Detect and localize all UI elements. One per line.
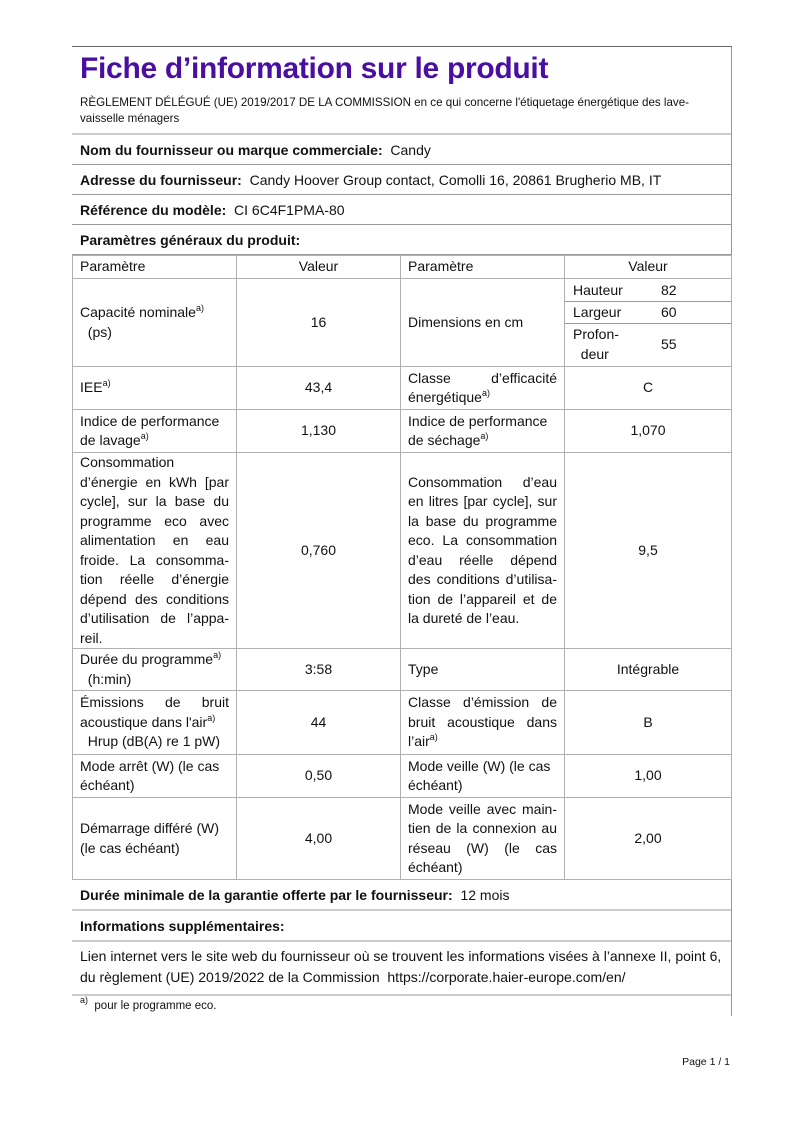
height-label: Hauteur bbox=[565, 280, 653, 302]
dimensions-label: Dimensions en cm bbox=[401, 279, 565, 367]
model-label: Référence du modèle: bbox=[80, 202, 226, 218]
model-value: CI 6C4F1PMA-80 bbox=[234, 202, 344, 218]
width-label: Largeur bbox=[565, 302, 653, 324]
iee-label: IEEa) bbox=[73, 367, 237, 410]
table-row: IEEa) 43,4 Classe d’efficacité énergétiq… bbox=[73, 367, 732, 410]
duration-value: 3:58 bbox=[237, 649, 401, 691]
regulation-text: RÈGLEMENT DÉLÉGUÉ (UE) 2019/2017 DE LA C… bbox=[72, 91, 731, 135]
energy-consumption-label: Consommation d’énergie en kWh [par cycle… bbox=[73, 453, 237, 649]
warranty-row: Durée minimale de la garantie offerte pa… bbox=[72, 880, 731, 911]
networked-standby-value: 2,00 bbox=[565, 798, 732, 880]
dimensions-values: Hauteur82 Largeur60 Profon- deur55 bbox=[565, 279, 732, 367]
width-value: 60 bbox=[653, 302, 731, 324]
capacity-value: 16 bbox=[237, 279, 401, 367]
off-mode-value: 0,50 bbox=[237, 755, 401, 798]
header-parameter: Paramètre bbox=[73, 256, 237, 279]
general-params-row: Paramètres généraux du produit: bbox=[72, 225, 731, 255]
supplier-label: Nom du fournisseur ou marque commerciale… bbox=[80, 142, 383, 158]
iee-value: 43,4 bbox=[237, 367, 401, 410]
height-value: 82 bbox=[653, 280, 731, 302]
type-label: Type bbox=[401, 649, 565, 691]
page-number: Page 1 / 1 bbox=[682, 1056, 730, 1068]
header-parameter-2: Paramètre bbox=[401, 256, 565, 279]
depth-value: 55 bbox=[653, 324, 731, 366]
off-mode-label: Mode arrêt (W) (le cas échéant) bbox=[73, 755, 237, 798]
wash-index-label: Indice de performance de lavagea) bbox=[73, 410, 237, 453]
dry-index-label: Indice de performance de séchagea) bbox=[401, 410, 565, 453]
noise-class-label: Classe d’émission de bruit acoustique da… bbox=[401, 691, 565, 755]
additional-info-label: Informations supplémentaires: bbox=[80, 918, 285, 934]
supplier-row: Nom du fournisseur ou marque commerciale… bbox=[72, 135, 731, 165]
supplier-value: Candy bbox=[390, 142, 430, 158]
type-value: Intégrable bbox=[565, 649, 732, 691]
table-row: Mode arrêt (W) (le cas échéant) 0,50 Mod… bbox=[73, 755, 732, 798]
water-consumption-value: 9,5 bbox=[565, 453, 732, 649]
dry-index-value: 1,070 bbox=[565, 410, 732, 453]
header-value: Valeur bbox=[237, 256, 401, 279]
page-title: Fiche d’information sur le produit bbox=[72, 47, 731, 91]
noise-value: 44 bbox=[237, 691, 401, 755]
header-value-2: Valeur bbox=[565, 256, 732, 279]
table-row: Émissions de bruit acoustique dans l'air… bbox=[73, 691, 732, 755]
noise-class-value: B bbox=[565, 691, 732, 755]
table-row: Durée du programmea) (h:min) 3:58 Type I… bbox=[73, 649, 732, 691]
noise-label: Émissions de bruit acoustique dans l'air… bbox=[73, 691, 237, 755]
warranty-label: Durée minimale de la garantie offerte pa… bbox=[80, 887, 453, 903]
additional-info-text: Lien internet vers le site web du fourni… bbox=[72, 942, 731, 996]
delay-start-label: Démarrage différé (W) (le cas échéant) bbox=[73, 798, 237, 880]
address-label: Adresse du fournisseur: bbox=[80, 172, 242, 188]
footnote-text: pour le programme eco. bbox=[94, 1000, 216, 1012]
delay-start-value: 4,00 bbox=[237, 798, 401, 880]
duration-label: Durée du programmea) (h:min) bbox=[73, 649, 237, 691]
depth-label: Profon- deur bbox=[565, 324, 653, 366]
networked-standby-label: Mode veille avec main-tien de la connexi… bbox=[401, 798, 565, 880]
standby-value: 1,00 bbox=[565, 755, 732, 798]
table-row: Consommation d’énergie en kWh [par cycle… bbox=[73, 453, 732, 649]
table-header: Paramètre Valeur Paramètre Valeur bbox=[73, 256, 732, 279]
table-row: Indice de performance de lavagea) 1,130 … bbox=[73, 410, 732, 453]
table-row: Démarrage différé (W) (le cas échéant) 4… bbox=[73, 798, 732, 880]
footnote-mark: a) bbox=[80, 995, 88, 1005]
additional-info-row: Informations supplémentaires: bbox=[72, 911, 731, 942]
energy-class-value: C bbox=[565, 367, 732, 410]
supplier-website-link[interactable]: https://corporate.haier-europe.com/en/ bbox=[387, 969, 625, 985]
wash-index-value: 1,130 bbox=[237, 410, 401, 453]
address-row: Adresse du fournisseur: Candy Hoover Gro… bbox=[72, 165, 731, 195]
address-value: Candy Hoover Group contact, Comolli 16, … bbox=[250, 172, 662, 188]
water-consumption-label: Consommation d’eau en litres [par cycle]… bbox=[401, 453, 565, 649]
footnote: a) pour le programme eco. bbox=[72, 996, 731, 1016]
parameters-table: Paramètre Valeur Paramètre Valeur Capaci… bbox=[72, 255, 732, 880]
warranty-value: 12 mois bbox=[460, 887, 509, 903]
capacity-label: Capacité nominalea) (ps) bbox=[73, 279, 237, 367]
product-information-sheet: Fiche d’information sur le produit RÈGLE… bbox=[72, 46, 732, 1016]
general-params-label: Paramètres généraux du produit: bbox=[80, 232, 300, 248]
standby-label: Mode veille (W) (le cas échéant) bbox=[401, 755, 565, 798]
energy-class-label: Classe d’efficacité énergétiquea) bbox=[401, 367, 565, 410]
model-row: Référence du modèle: CI 6C4F1PMA-80 bbox=[72, 195, 731, 225]
energy-consumption-value: 0,760 bbox=[237, 453, 401, 649]
table-row: Capacité nominalea) (ps) 16 Dimensions e… bbox=[73, 279, 732, 367]
